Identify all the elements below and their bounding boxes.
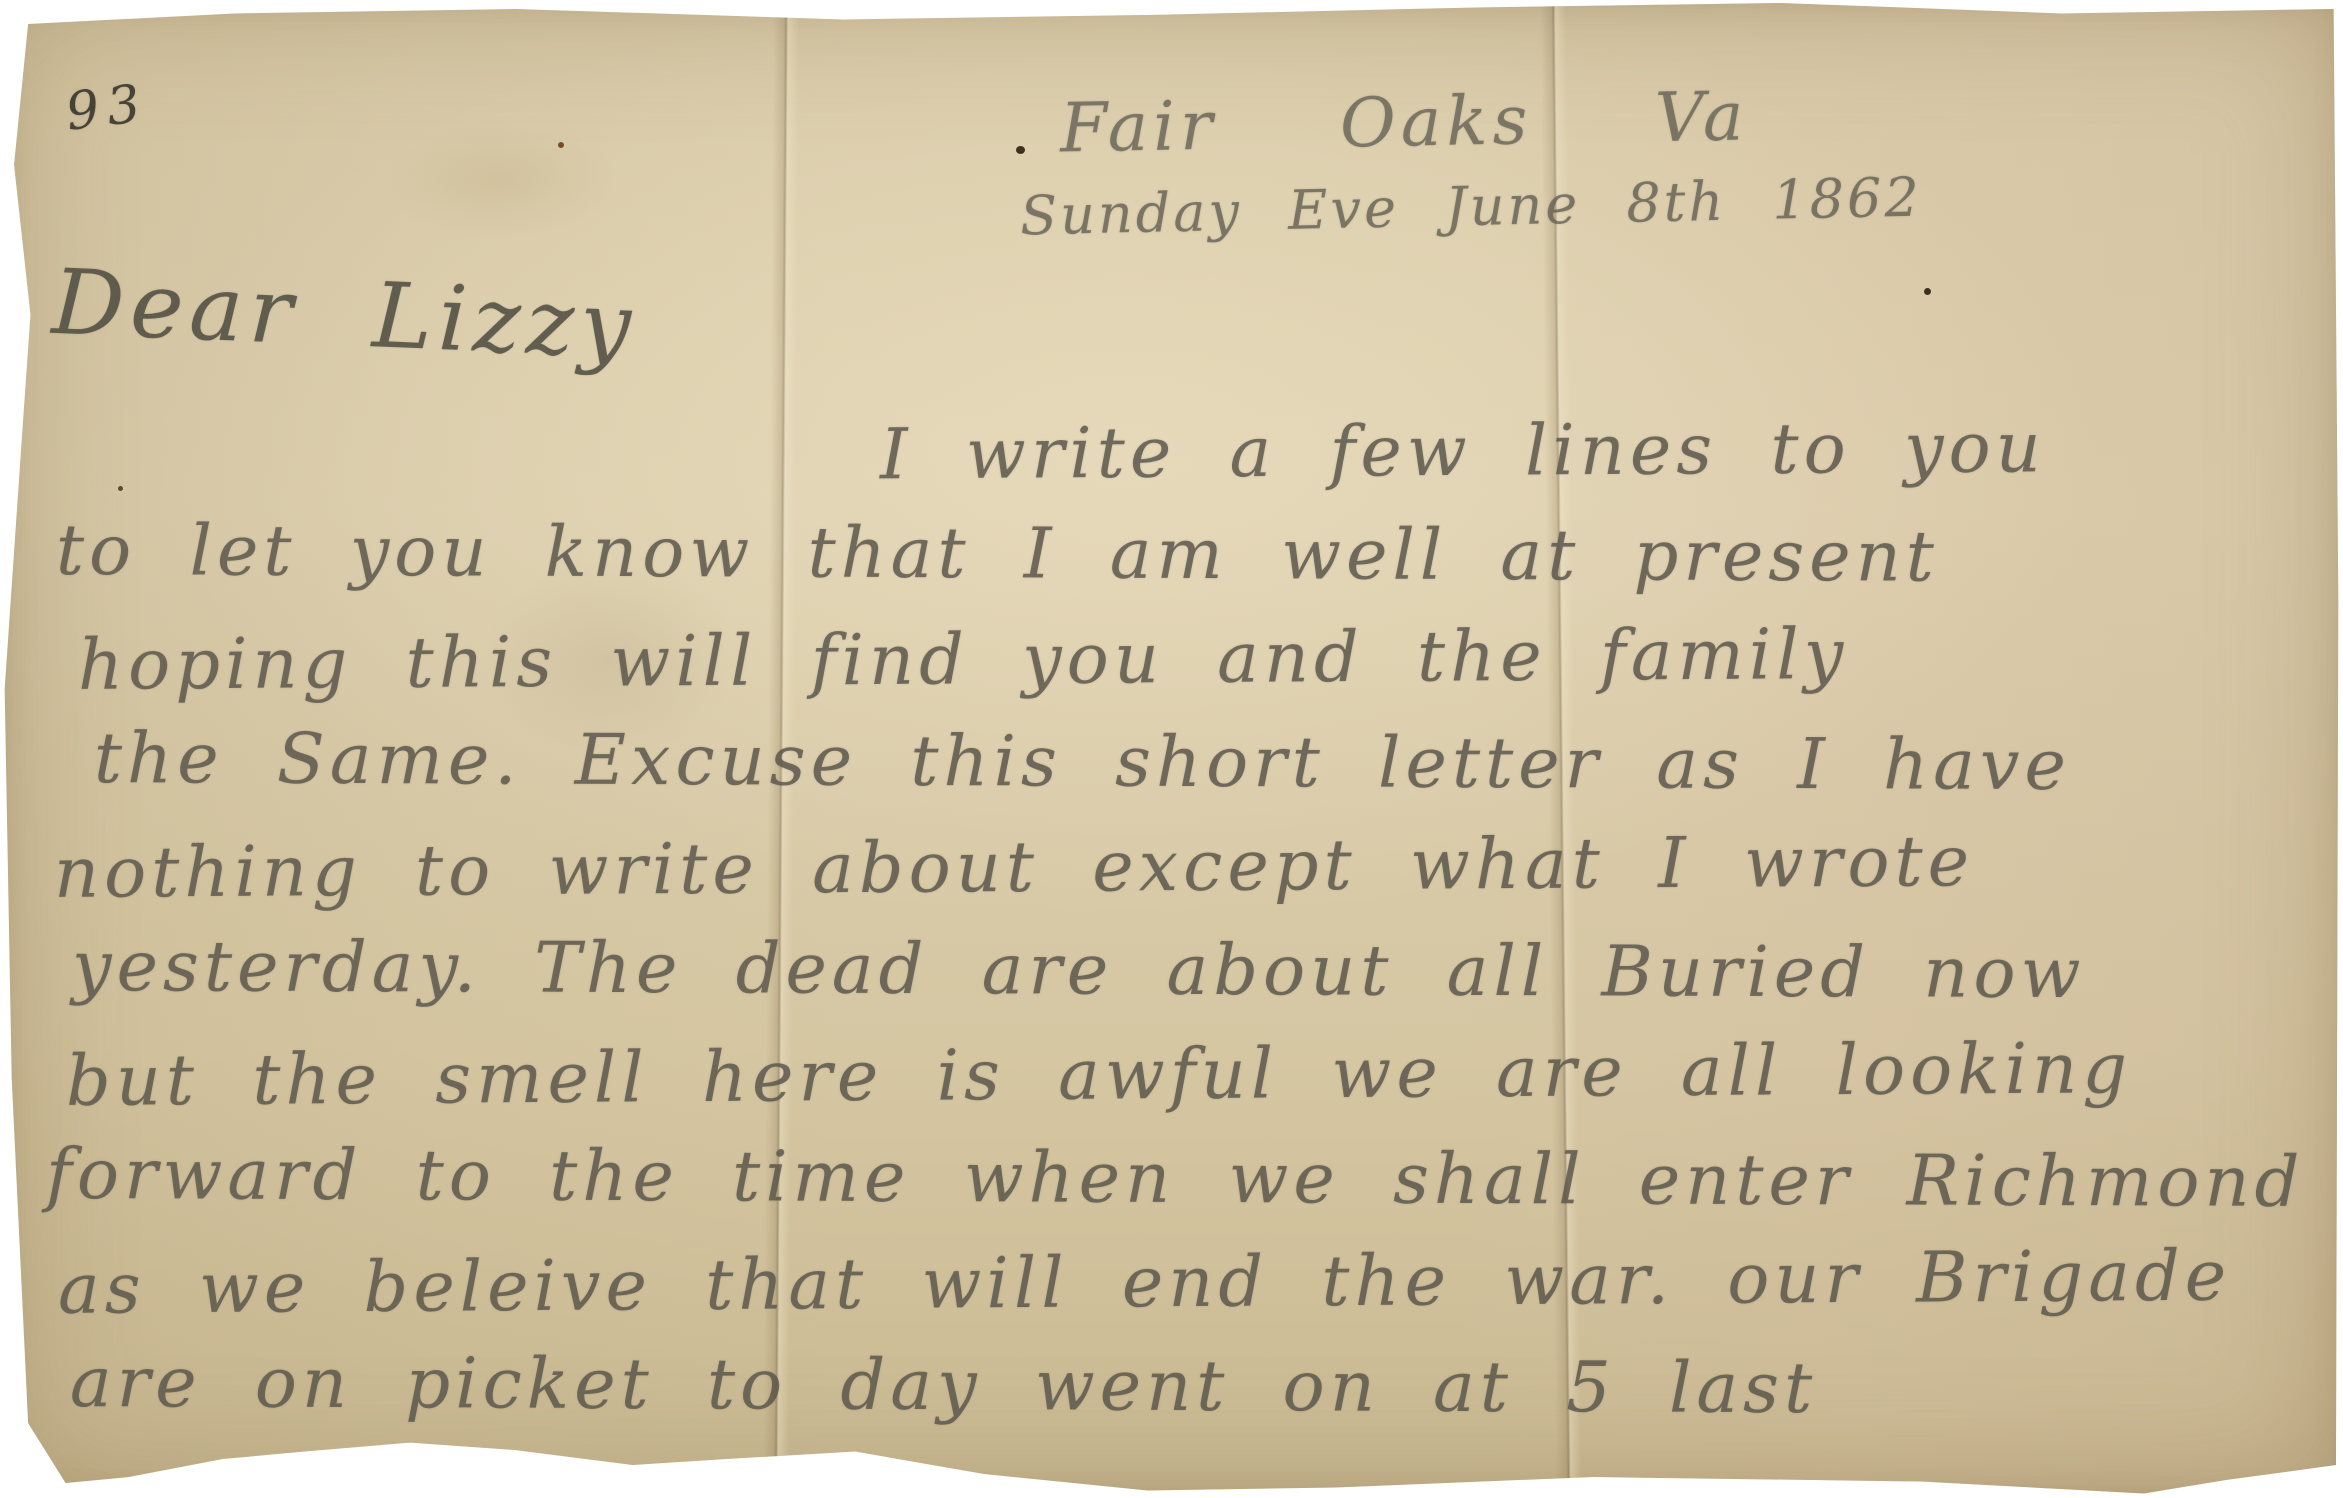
paper-stain xyxy=(380,120,620,240)
letter-line: nothing to write about except what I wro… xyxy=(54,807,2324,925)
letter-heading: Fair Oaks Va Sunday Eve June 8th 1862 xyxy=(1060,82,1922,238)
paper-speck xyxy=(1016,146,1025,154)
letter-scan: 93 Fair Oaks Va Sunday Eve June 8th 1862… xyxy=(0,0,2343,1498)
letter-line: I write a few lines to you xyxy=(880,394,2324,507)
letter-paper: 93 Fair Oaks Va Sunday Eve June 8th 1862… xyxy=(0,0,2343,1498)
letter-line: hoping this will find you and the family xyxy=(78,599,2324,717)
letter-line: but the smell here is awful we are all l… xyxy=(66,1015,2324,1133)
salutation: Dear Lizzy xyxy=(50,250,639,379)
letter-line: yesterday. The dead are about all Buried… xyxy=(72,914,2323,1026)
letter-line: the Same. Excuse this short letter as I … xyxy=(94,706,2323,818)
letter-line: as we beleive that will end the war. our… xyxy=(58,1223,2324,1341)
letter-line: forward to the time when we shall enter … xyxy=(46,1122,2323,1234)
letter-line: to let you know that I am well at presen… xyxy=(56,498,2323,610)
heading-date: Sunday Eve June 8th 1862 xyxy=(1019,166,1922,248)
page-number: 93 xyxy=(63,73,152,143)
heading-location: Fair Oaks Va xyxy=(1059,74,1922,168)
paper-speck xyxy=(558,142,564,148)
paper-speck xyxy=(1924,288,1931,295)
letter-body: I write a few lines to youto let you kno… xyxy=(42,398,2323,1438)
letter-line: are on picket to day went on at 5 last xyxy=(70,1330,2323,1442)
